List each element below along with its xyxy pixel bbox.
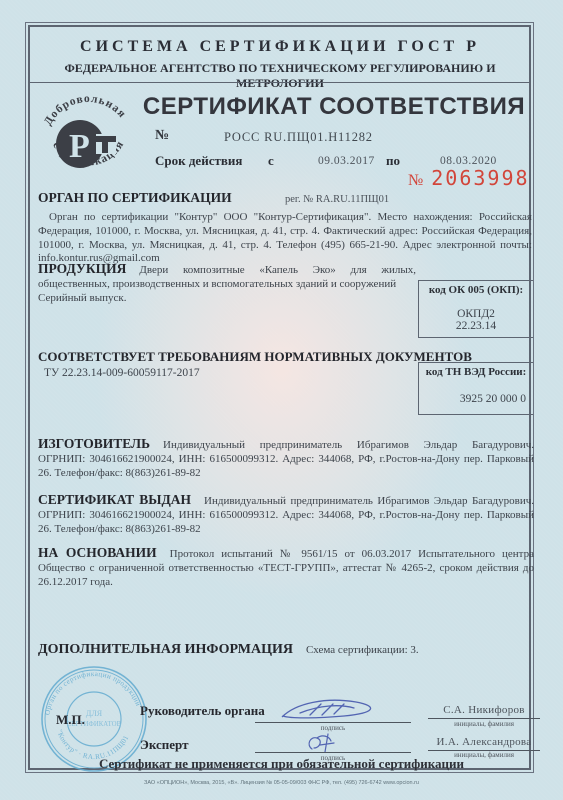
logo-letter-p: Р [69,128,90,165]
org-heading: ОРГАН ПО СЕРТИФИКАЦИИ [38,190,232,206]
expert-name: И.А. Александрова [428,736,540,748]
product-heading: ПРОДУКЦИЯ [38,261,126,276]
compliance-text: ТУ 22.23.14-009-60059117-2017 [44,367,200,379]
form-number: №2063998 [408,166,530,190]
stamp-center-line1: ДЛЯ [86,709,103,718]
org-reg-number: рег. № RA.RU.11ПЩ01 [285,194,389,205]
head-sign-caption: подпись [255,724,411,732]
product-block: ПРОДУКЦИЯДвери композитные «Капель Эко» … [38,262,416,292]
manufacturer-heading: ИЗГОТОВИТЕЛЬ [38,436,150,451]
manufacturer-block: ИЗГОТОВИТЕЛЬИндивидуальный предпринимате… [38,437,534,480]
rst-logo: Добровольная сертификация Р [33,86,143,196]
product-serial: Серийный выпуск. [38,292,416,306]
head-name-caption: инициалы, фамилия [428,720,540,728]
page-title: СЕРТИФИКАТ СООТВЕТСТВИЯ [138,93,530,121]
tnved-code-box: код ТН ВЭД России: 3925 20 000 0 [418,362,533,415]
additional-info-text: Схема сертификации: 3. [306,644,419,656]
form-number-sign: № [408,172,423,189]
okp-code-label: код ОК 005 (ОКП): [419,284,533,296]
rst-logo-icon: Добровольная сертификация Р [33,86,143,196]
org-text: Орган по сертификации "Контур" ООО "Конт… [38,211,532,266]
tnved-code-value: 3925 20 000 0 [419,393,533,405]
system-line: СИСТЕМА СЕРТИФИКАЦИИ ГОСТ Р [30,38,530,56]
cert-number: РОСС RU.ПЩ01.Н11282 [224,130,373,145]
okp-code-value-1: ОКПД2 [419,308,533,320]
head-signature-label: Руководитель органа [140,703,265,719]
validity-to-label: по [386,153,400,169]
issued-to-heading: СЕРТИФИКАТ ВЫДАН [38,492,191,507]
compliance-heading: СООТВЕТСТВУЕТ ТРЕБОВАНИЯМ НОРМАТИВНЫХ ДО… [38,349,472,365]
basis-heading: НА ОСНОВАНИИ [38,545,157,560]
head-name-line [428,717,540,719]
validity-with-label: с [268,153,274,169]
certificate-page: СИСТЕМА СЕРТИФИКАЦИИ ГОСТ Р ФЕДЕРАЛЬНОЕ … [0,0,563,800]
head-signature-line [255,700,411,723]
printer-fineprint: ЗАО «ОПЦИОН», Москва, 2015, «В». Лицензи… [0,780,563,786]
head-name: С.А. Никифоров [428,704,540,716]
valid-from-date: 09.03.2017 [318,155,375,167]
additional-info-block: ДОПОЛНИТЕЛЬНАЯ ИНФОРМАЦИЯСхема сертифика… [38,643,534,658]
basis-block: НА ОСНОВАНИИПротокол испытаний № 9561/15… [38,546,534,589]
expert-signature-label: Эксперт [140,737,188,753]
expert-signature-line [255,734,411,753]
validity-label: Срок действия [155,153,242,169]
cert-number-label: № [155,128,169,144]
issued-to-block: СЕРТИФИКАТ ВЫДАНИндивидуальный предприни… [38,493,534,536]
tnved-code-label: код ТН ВЭД России: [419,366,533,378]
okp-code-box: код ОК 005 (ОКП): ОКПД2 22.23.14 [418,280,533,338]
okp-code-value-2: 22.23.14 [419,320,533,332]
seal-place-label: М.П. [56,712,85,728]
logo-t-stem [102,136,108,153]
header-divider [29,82,529,83]
additional-info-heading: ДОПОЛНИТЕЛЬНАЯ ИНФОРМАЦИЯ [38,642,293,657]
form-number-digits: 2063998 [431,166,529,190]
disclaimer-line: Сертификат не применяется при обязательн… [40,756,523,772]
